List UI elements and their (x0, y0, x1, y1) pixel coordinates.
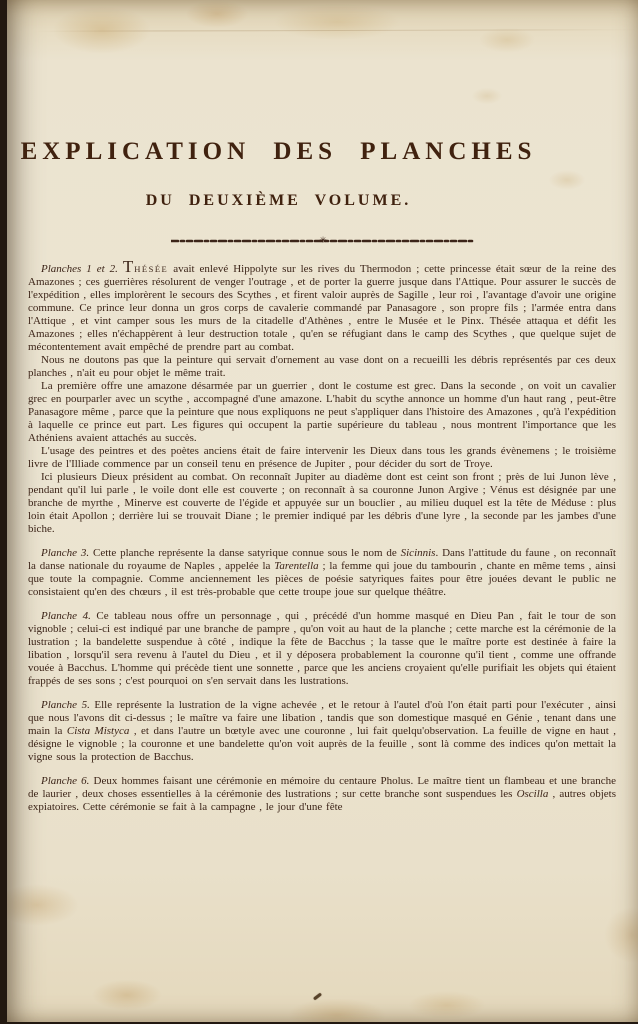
paragraph-planche-6: Planche 6. Deux hommes faisant une cérém… (28, 775, 616, 814)
ornament-rule: ✳ (171, 234, 475, 246)
text-run: La première offre une amazone désarmée p… (28, 380, 616, 444)
italic-term: Cista Mistyca (67, 725, 130, 737)
smallcaps-name: HÉSÉE (134, 264, 168, 274)
beaded-rule-icon: ✳ (171, 234, 475, 246)
dropcap: T (123, 257, 134, 276)
text-run: Ici plusieurs Dieux président au combat.… (28, 471, 616, 535)
plate-label: Planche 5. (41, 699, 94, 711)
text-run: Nous ne doutons pas que la peinture qui … (28, 354, 616, 379)
text-run: L'usage des peintres et des poètes ancie… (28, 445, 616, 470)
plate-label: Planche 6. (41, 775, 94, 787)
paragraph: Nous ne doutons pas que la peinture qui … (28, 354, 616, 380)
text-run: avait enlevé Hippolyte sur les rives du … (28, 263, 616, 353)
central-star-icon: ✳ (319, 235, 327, 245)
text-run: Cette planche représente la danse satyri… (93, 547, 401, 559)
paragraph: Ici plusieurs Dieux président au combat.… (28, 471, 616, 536)
italic-term: Sicinnis (401, 547, 436, 559)
plate-label: Planche 4. (41, 610, 96, 622)
book-photo: EXPLICATION DES PLANCHES DU DEUXIÈME VOL… (0, 0, 638, 1024)
paragraph-planche-5: Planche 5. Elle représente la lustration… (28, 699, 616, 764)
paragraph-planches-1-et-2: Planches 1 et 2. THÉSÉE avait enlevé Hip… (28, 262, 616, 354)
italic-term: Oscilla (517, 788, 549, 800)
plate-label: Planche 3. (41, 547, 93, 559)
ink-mark (313, 993, 322, 1001)
text-run: Ce tableau nous offre un personnage , qu… (28, 610, 616, 687)
plate-label: Planches 1 et 2. (41, 263, 123, 275)
paragraph-planche-3: Planche 3. Cette planche représente la d… (28, 547, 616, 599)
paragraph-planche-4: Planche 4. Ce tableau nous offre un pers… (28, 610, 616, 688)
book-page: EXPLICATION DES PLANCHES DU DEUXIÈME VOL… (7, 0, 638, 1022)
paragraph: La première offre une amazone désarmée p… (28, 380, 616, 445)
page-subtitle: DU DEUXIÈME VOLUME. (0, 192, 594, 210)
text-body: Planches 1 et 2. THÉSÉE avait enlevé Hip… (28, 262, 616, 814)
italic-term: Tarentella (274, 560, 318, 572)
page-title: EXPLICATION DES PLANCHES (0, 0, 594, 166)
paragraph: L'usage des peintres et des poètes ancie… (28, 445, 616, 471)
